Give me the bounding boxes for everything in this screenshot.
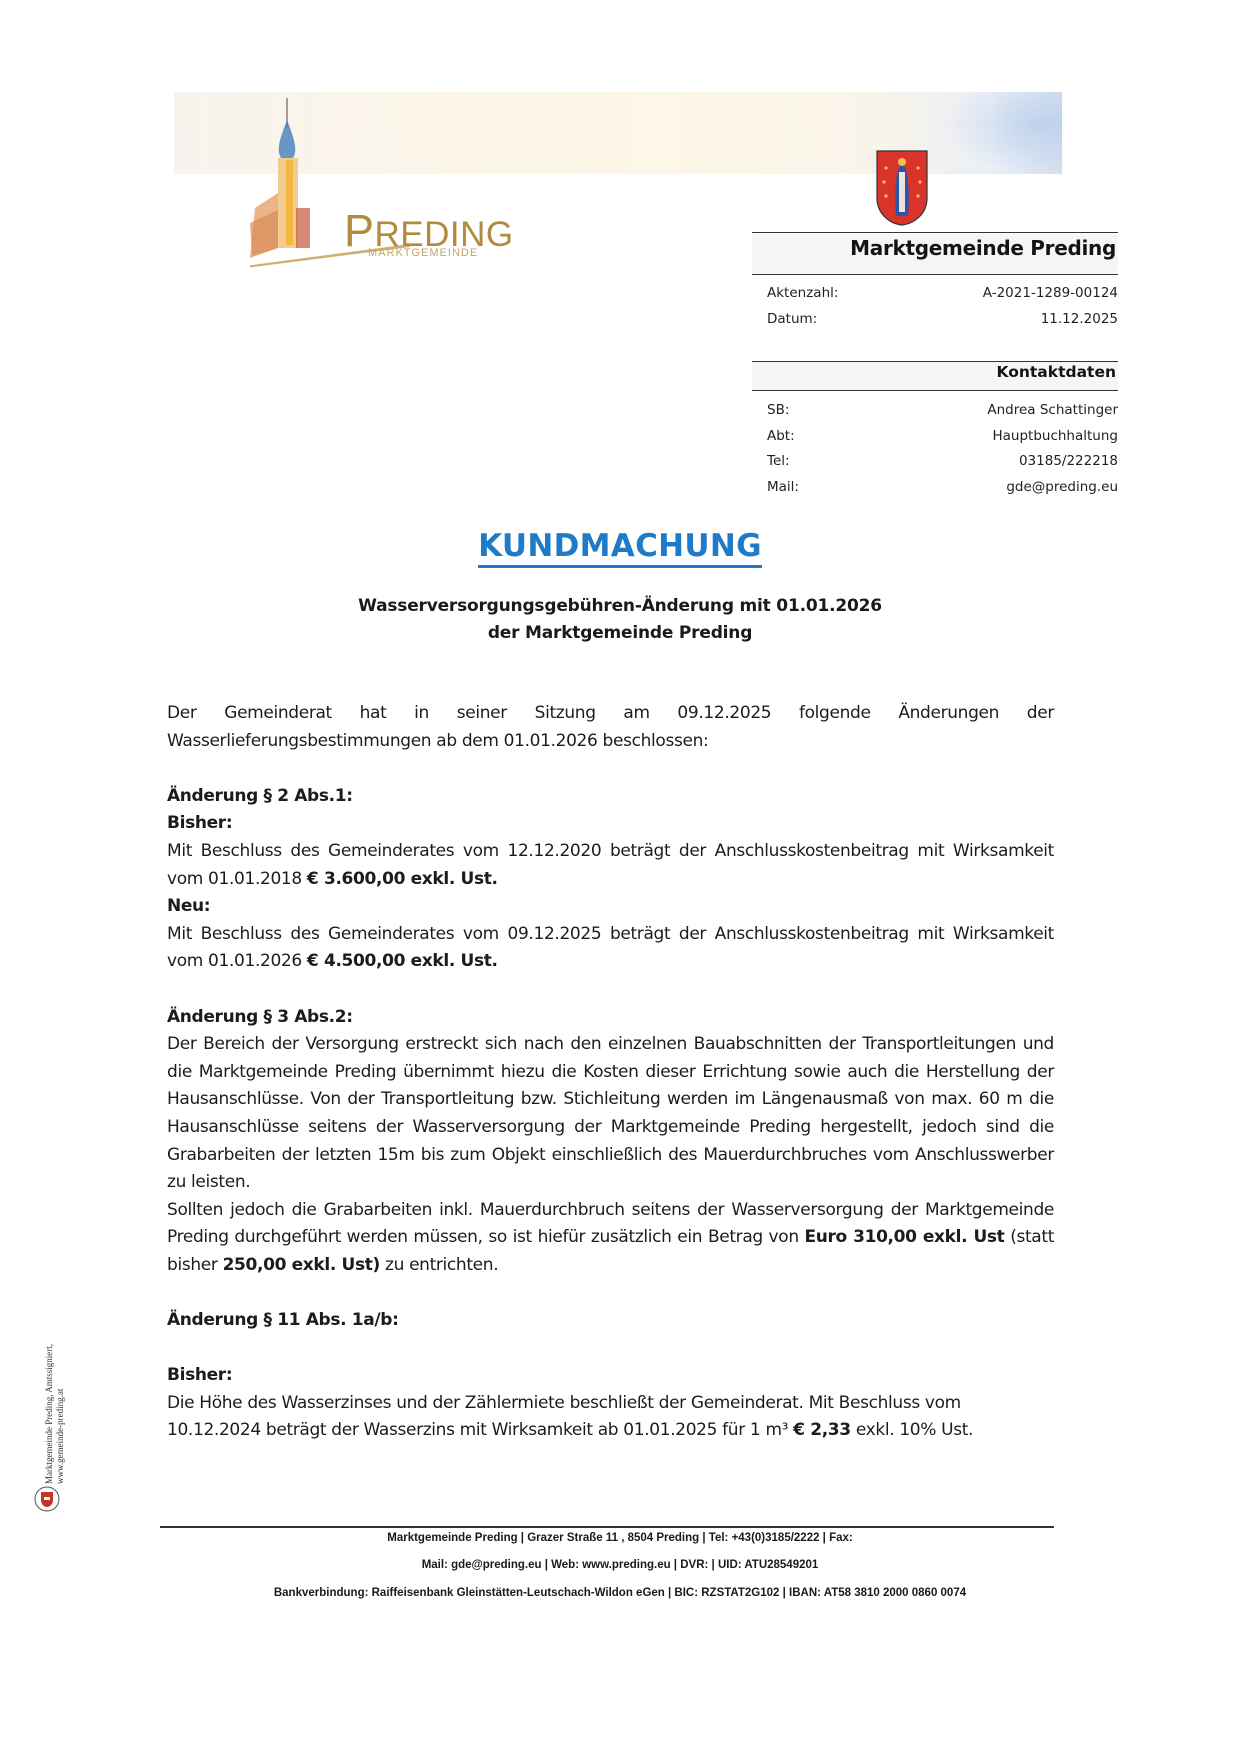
- coat-of-arms-icon: [876, 150, 928, 226]
- divider: [752, 274, 1118, 275]
- info-label: Aktenzahl:: [767, 285, 838, 301]
- contact-value: Hauptbuchhaltung: [992, 428, 1118, 444]
- logo-subtitle: MARKTGEMEINDE: [368, 247, 478, 259]
- contact-label: Tel:: [767, 453, 790, 469]
- contact-row-mail: Mail: gde@preding.eu: [767, 479, 1118, 495]
- footer-contact: Mail: gde@preding.eu | Web: www.preding.…: [0, 1559, 1240, 1571]
- intro-paragraph: Der Gemeinderat hat in seiner Sitzung am…: [167, 700, 1054, 755]
- s2-neu-amount: € 4.500,00 exkl. Ust.: [307, 951, 498, 971]
- divider: [752, 390, 1118, 391]
- info-value: A-2021-1289-00124: [983, 285, 1118, 301]
- s2-neu-paragraph: Mit Beschluss des Gemeinderates vom 09.1…: [167, 921, 1054, 976]
- bisher-label: Bisher:: [167, 810, 1054, 838]
- contact-row-tel: Tel: 03185/222218: [767, 453, 1118, 469]
- subtitle-line-2: der Marktgemeinde Preding: [0, 623, 1240, 643]
- contact-row-abt: Abt: Hauptbuchhaltung: [767, 428, 1118, 444]
- signature-seal-icon: [34, 1486, 60, 1512]
- contact-value[interactable]: gde@preding.eu: [1006, 479, 1118, 495]
- contact-label: Mail:: [767, 479, 799, 495]
- s11-bisher-paragraph: Die Höhe des Wasserzinses und der Zähler…: [167, 1390, 1054, 1445]
- org-title: Marktgemeinde Preding: [755, 236, 1116, 260]
- neu-label: Neu:: [167, 893, 1054, 921]
- contact-value: 03185/222218: [1019, 453, 1118, 469]
- contact-label: Abt:: [767, 428, 795, 444]
- info-row-datum: Datum: 11.12.2025: [767, 311, 1118, 327]
- s11-bisher-amount: € 2,33: [793, 1420, 851, 1440]
- info-row-aktenzahl: Aktenzahl: A-2021-1289-00124: [767, 285, 1118, 301]
- document-body: Der Gemeinderat hat in seiner Sitzung am…: [167, 700, 1054, 1445]
- subtitle-line-1: Wasserversorgungsgebühren-Änderung mit 0…: [0, 596, 1240, 616]
- signature-stamp-text: Marktgemeinde Preding, Amtssigniert, www…: [44, 1304, 72, 1484]
- contact-title: Kontaktdaten: [755, 363, 1116, 381]
- s3-paragraph-2: Sollten jedoch die Grabarbeiten inkl. Ma…: [167, 1197, 1054, 1280]
- s3-paragraph-1: Der Bereich der Versorgung erstreckt sic…: [167, 1031, 1054, 1197]
- section-heading-s3: Änderung § 3 Abs.2:: [167, 1004, 1054, 1032]
- section-heading-s2: Änderung § 2 Abs.1:: [167, 783, 1054, 811]
- contact-value: Andrea Schattinger: [987, 402, 1118, 418]
- info-label: Datum:: [767, 311, 817, 327]
- divider: [752, 361, 1118, 362]
- contact-label: SB:: [767, 402, 789, 418]
- footer-address: Marktgemeinde Preding | Grazer Straße 11…: [0, 1532, 1240, 1544]
- footer-divider: [160, 1526, 1054, 1528]
- section-heading-s11: Änderung § 11 Abs. 1a/b:: [167, 1307, 1054, 1335]
- s2-bisher-paragraph: Mit Beschluss des Gemeinderates vom 12.1…: [167, 838, 1054, 893]
- divider: [752, 232, 1118, 233]
- s2-bisher-amount: € 3.600,00 exkl. Ust.: [307, 869, 498, 889]
- footer-bank: Bankverbindung: Raiffeisenbank Gleinstät…: [0, 1587, 1240, 1599]
- document-title: KUNDMACHUNG: [0, 528, 1240, 564]
- info-value: 11.12.2025: [1041, 311, 1118, 327]
- contact-row-sb: SB: Andrea Schattinger: [767, 402, 1118, 418]
- bisher-label: Bisher:: [167, 1362, 1054, 1390]
